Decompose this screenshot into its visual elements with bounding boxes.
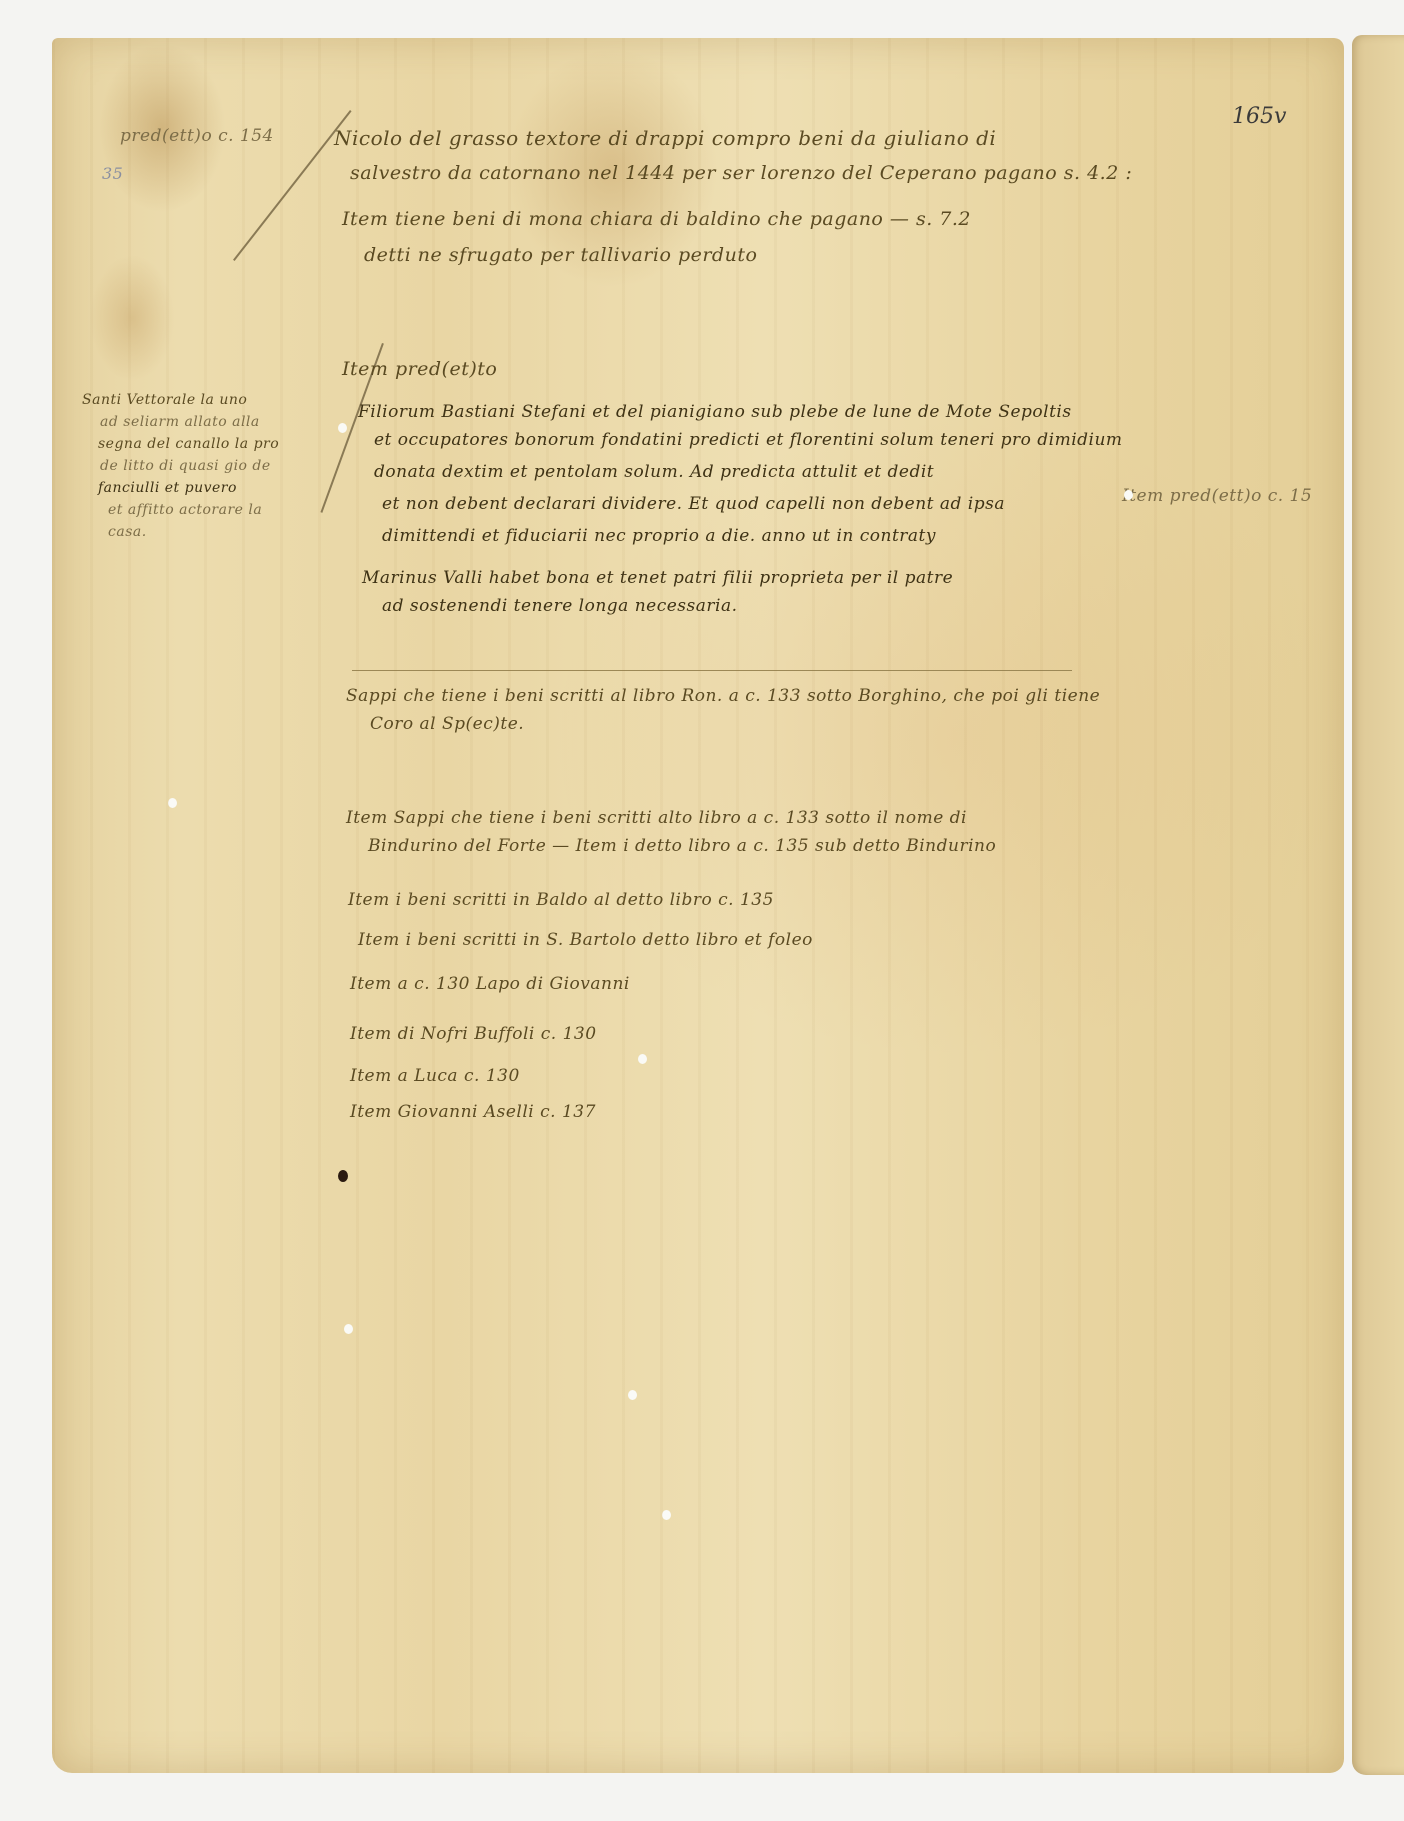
paper-hole [338, 423, 347, 433]
entry-reference: c. 130 [541, 1024, 597, 1044]
margin-note-line: de litto di quasi gio de [100, 456, 271, 476]
paper-hole [628, 1390, 637, 1400]
ink-blot [338, 1170, 348, 1182]
body-line: Filiorum Bastiani Stefani et del pianigi… [358, 402, 1072, 422]
entry-text: Item Giovanni Aselli [350, 1102, 534, 1122]
body-line: et occupatores bonorum fondatini predict… [374, 430, 1123, 450]
body-line: Item Sappi che tiene i beni scritti alto… [346, 808, 967, 828]
margin-note-line: fanciulli et puvero [98, 478, 237, 498]
margin-note-line: et affitto actorare la [108, 500, 262, 520]
heading-line: salvestro da catornano nel 1444 per ser … [350, 162, 1132, 184]
entry-reference: c. 135 [718, 890, 774, 910]
paper-hole [344, 1324, 353, 1334]
body-line: et non debent declarari dividere. Et quo… [382, 494, 1005, 514]
margin-note-line: Santi Vettorale la uno [82, 390, 247, 410]
body-line: Marinus Valli habet bona et tenet patri … [362, 568, 953, 588]
entry-line: Item Giovanni Aselli c. 137 [350, 1102, 596, 1122]
entry-text: Item i beni scritti in Baldo al detto li… [348, 890, 712, 910]
margin-note-line: segna del canallo la pro [98, 434, 279, 454]
entry-reference: c. 137 [540, 1102, 596, 1122]
body-line: Bindurino del Forte — Item i detto libro… [368, 836, 996, 856]
entry-line: Item i beni scritti in Baldo al detto li… [348, 890, 774, 910]
body-line: dimittendi et fiduciarii nec proprio a d… [382, 526, 936, 546]
paper-hole [168, 798, 177, 808]
paper-hole [662, 1510, 671, 1520]
entry-text: Item a Luca [350, 1066, 458, 1086]
right-margin-note: Item pred(ett)o c. 15 [1122, 486, 1312, 506]
heading-line: detti ne sfrugato per tallivario perduto [364, 244, 757, 266]
folio-number: 165v [1232, 104, 1286, 129]
marginal-number: 35 [102, 164, 123, 183]
entry-text: Item i beni scritti in S. Bartolo detto … [358, 930, 813, 950]
body-line: Item pred(et)to [342, 358, 497, 380]
heading-line: Nicolo del grasso textore di drappi comp… [334, 126, 996, 150]
paper-hole [638, 1054, 647, 1064]
entry-text: Item a c. 130 Lapo di Giovanni [350, 974, 630, 994]
margin-note-line: casa. [108, 522, 147, 542]
entry-text: Item di Nofri Buffoli [350, 1024, 535, 1044]
paper-hole [1124, 490, 1133, 500]
body-line: donata dextim et pentolam solum. Ad pred… [374, 462, 934, 482]
entry-line: Item di Nofri Buffoli c. 130 [350, 1024, 597, 1044]
marginal-reference: pred(ett)o c. 154 [120, 126, 274, 146]
manuscript-page: 165v pred(ett)o c. 154 35 Nicolo del gra… [52, 38, 1344, 1773]
body-line: Coro al Sp(ec)te. [370, 714, 524, 734]
entry-reference: c. 130 [464, 1066, 520, 1086]
heading-line: Item tiene beni di mona chiara di baldin… [342, 208, 971, 230]
entry-line: Item a Luca c. 130 [350, 1066, 520, 1086]
body-line: Sappi che tiene i beni scritti al libro … [346, 686, 1100, 706]
adjacent-page-edge [1352, 35, 1404, 1775]
margin-note-line: ad seliarm allato alla [100, 412, 260, 432]
entry-line: Item a c. 130 Lapo di Giovanni [350, 974, 630, 994]
section-divider [352, 670, 1072, 671]
entry-line: Item i beni scritti in S. Bartolo detto … [358, 930, 813, 950]
body-line: ad sostenendi tenere longa necessaria. [382, 596, 738, 616]
